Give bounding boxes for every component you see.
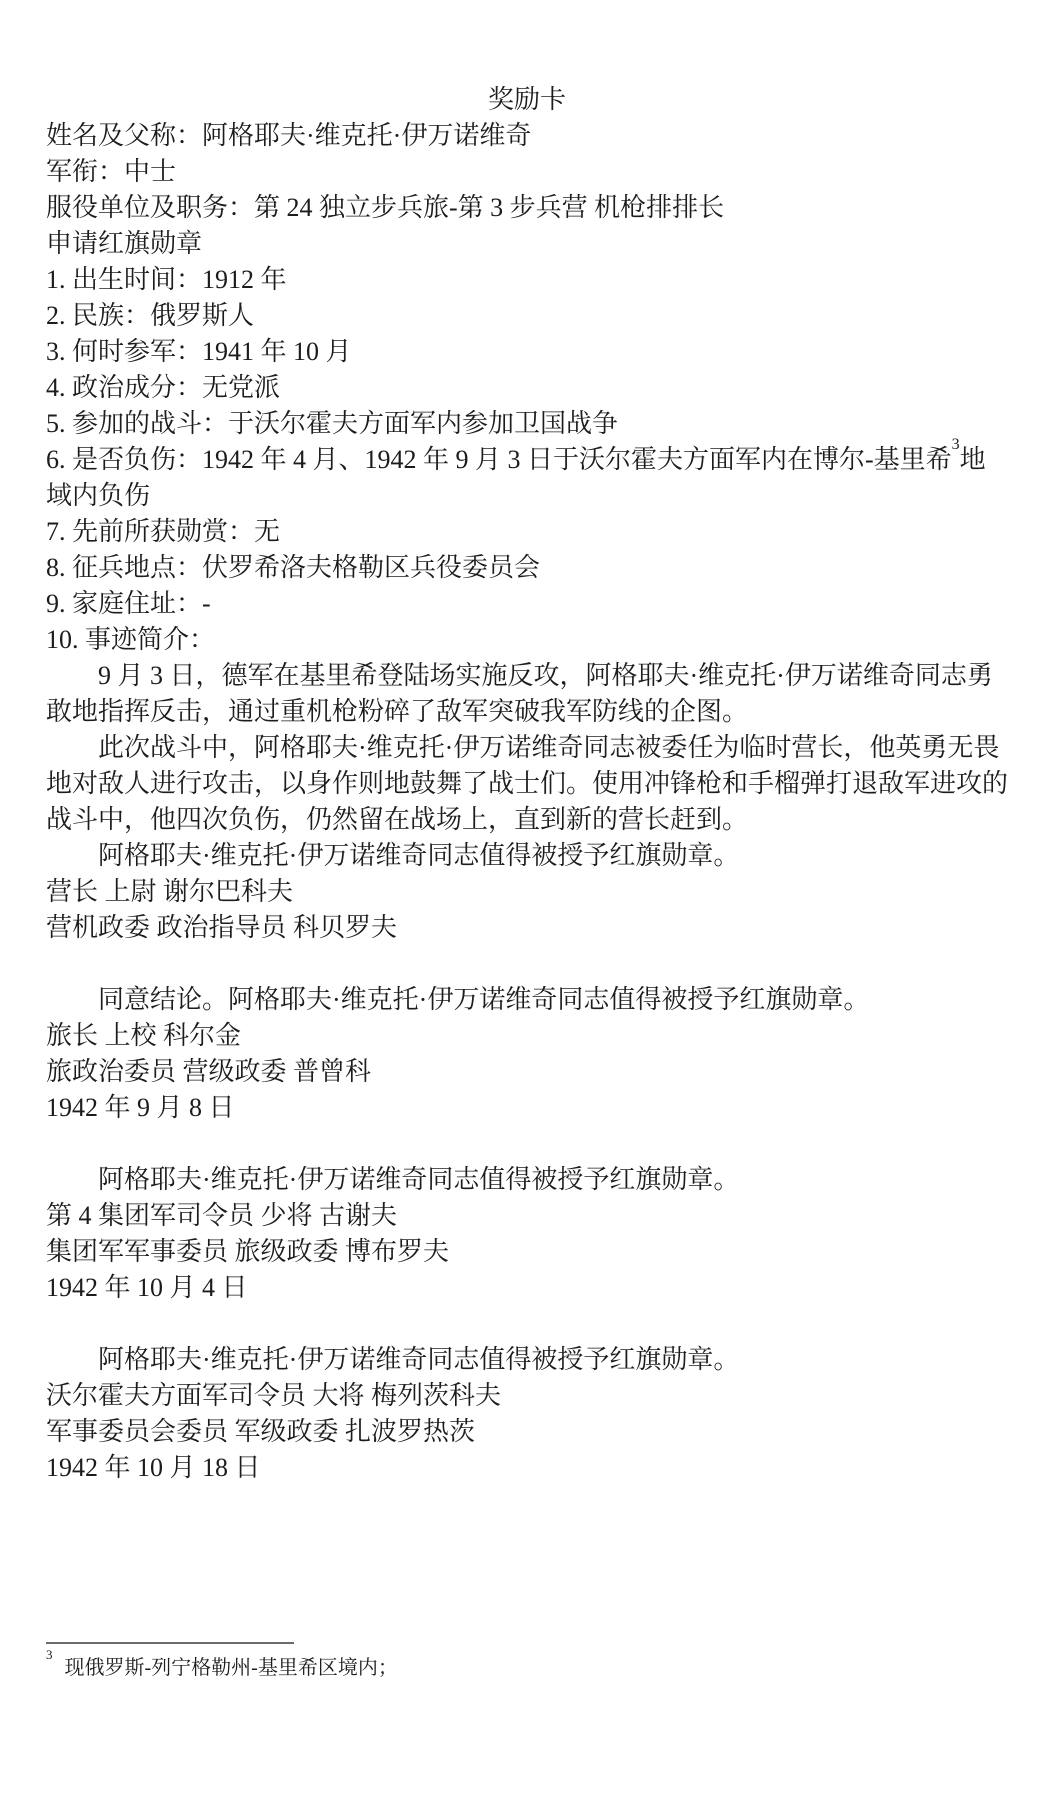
footnote-separator-rule: [46, 1642, 294, 1644]
signature-battalion-commissar: 营机政委 政治指导员 科贝罗夫: [46, 910, 1008, 946]
endorsement-front-date: 1942 年 10 月 18 日: [46, 1450, 1008, 1486]
endorsement-brigade-statement: 同意结论。阿格耶夫·维克托·伊万诺维奇同志值得被授予红旗勋章。: [46, 982, 1008, 1018]
footnote-text: 现俄罗斯-列宁格勒州-基里希区境内；: [65, 1657, 398, 1679]
citation-conclusion: 阿格耶夫·维克托·伊万诺维奇同志值得被授予红旗勋章。: [46, 838, 1008, 874]
signature-battalion-commander: 营长 上尉 谢尔巴科夫: [46, 874, 1008, 910]
list-item-citation-heading: 10. 事迹简介：: [46, 622, 1008, 658]
page-title: 奖励卡: [46, 82, 1008, 118]
endorsement-front-statement: 阿格耶夫·维克托·伊万诺维奇同志值得被授予红旗勋章。: [46, 1342, 1008, 1378]
signature-brigade-commissar: 旅政治委员 营级政委 普曾科: [46, 1054, 1008, 1090]
citation-paragraph-1: 9 月 3 日，德军在基里希登陆场实施反攻，阿格耶夫·维克托·伊万诺维奇同志勇敢…: [46, 658, 1008, 730]
endorsement-brigade-date: 1942 年 9 月 8 日: [46, 1090, 1008, 1126]
list-item-party-affiliation: 4. 政治成分：无党派: [46, 370, 1008, 406]
list-item-prior-awards: 7. 先前所获勋赏：无: [46, 514, 1008, 550]
list-item-battles: 5. 参加的战斗：于沃尔霍夫方面军内参加卫国战争: [46, 406, 1008, 442]
signature-army-commissar: 集团军军事委员 旅级政委 博布罗夫: [46, 1234, 1008, 1270]
endorsement-front: 阿格耶夫·维克托·伊万诺维奇同志值得被授予红旗勋章。 沃尔霍夫方面军司令员 大将…: [46, 1342, 1008, 1486]
signature-front-commander: 沃尔霍夫方面军司令员 大将 梅列茨科夫: [46, 1378, 1008, 1414]
list-item-birth-year: 1. 出生时间：1912 年: [46, 262, 1008, 298]
endorsement-army-date: 1942 年 10 月 4 日: [46, 1270, 1008, 1306]
signature-front-commissar: 军事委员会委员 军级政委 扎波罗热茨: [46, 1414, 1008, 1450]
field-recommended-award: 申请红旗勋章: [46, 226, 1008, 262]
list-item-wounds: 6. 是否负伤：1942 年 4 月、1942 年 9 月 3 日于沃尔霍夫方面…: [46, 442, 1008, 514]
endorsement-army-statement: 阿格耶夫·维克托·伊万诺维奇同志值得被授予红旗勋章。: [46, 1162, 1008, 1198]
wounds-text-before: 6. 是否负伤：1942 年 4 月、1942 年 9 月 3 日于沃尔霍夫方面…: [46, 445, 952, 474]
award-card-document: 奖励卡 姓名及父称：阿格耶夫·维克托·伊万诺维奇 军衔：中士 服役单位及职务：第…: [0, 0, 1044, 1800]
field-rank: 军衔：中士: [46, 154, 1008, 190]
signature-brigade-commander: 旅长 上校 科尔金: [46, 1018, 1008, 1054]
list-item-enlistment-date: 3. 何时参军：1941 年 10 月: [46, 334, 1008, 370]
footnote: 3现俄罗斯-列宁格勒州-基里希区境内；: [46, 1653, 1008, 1683]
field-name-patronymic: 姓名及父称：阿格耶夫·维克托·伊万诺维奇: [46, 118, 1008, 154]
endorsement-brigade: 同意结论。阿格耶夫·维克托·伊万诺维奇同志值得被授予红旗勋章。 旅长 上校 科尔…: [46, 982, 1008, 1126]
endorsement-army: 阿格耶夫·维克托·伊万诺维奇同志值得被授予红旗勋章。 第 4 集团军司令员 少将…: [46, 1162, 1008, 1306]
field-unit-position: 服役单位及职务：第 24 独立步兵旅-第 3 步兵营 机枪排排长: [46, 190, 1008, 226]
footnote-marker: 3: [46, 1647, 53, 1662]
footnote-area: 3现俄罗斯-列宁格勒州-基里希区境内；: [46, 1642, 1008, 1683]
list-item-nationality: 2. 民族：俄罗斯人: [46, 298, 1008, 334]
citation-paragraph-2: 此次战斗中，阿格耶夫·维克托·伊万诺维奇同志被委任为临时营长，他英勇无畏地对敌人…: [46, 730, 1008, 838]
list-item-home-address: 9. 家庭住址：-: [46, 586, 1008, 622]
footnote-ref-icon: 3: [952, 436, 960, 453]
list-item-draft-office: 8. 征兵地点：伏罗希洛夫格勒区兵役委员会: [46, 550, 1008, 586]
signature-army-commander: 第 4 集团军司令员 少将 古谢夫: [46, 1198, 1008, 1234]
